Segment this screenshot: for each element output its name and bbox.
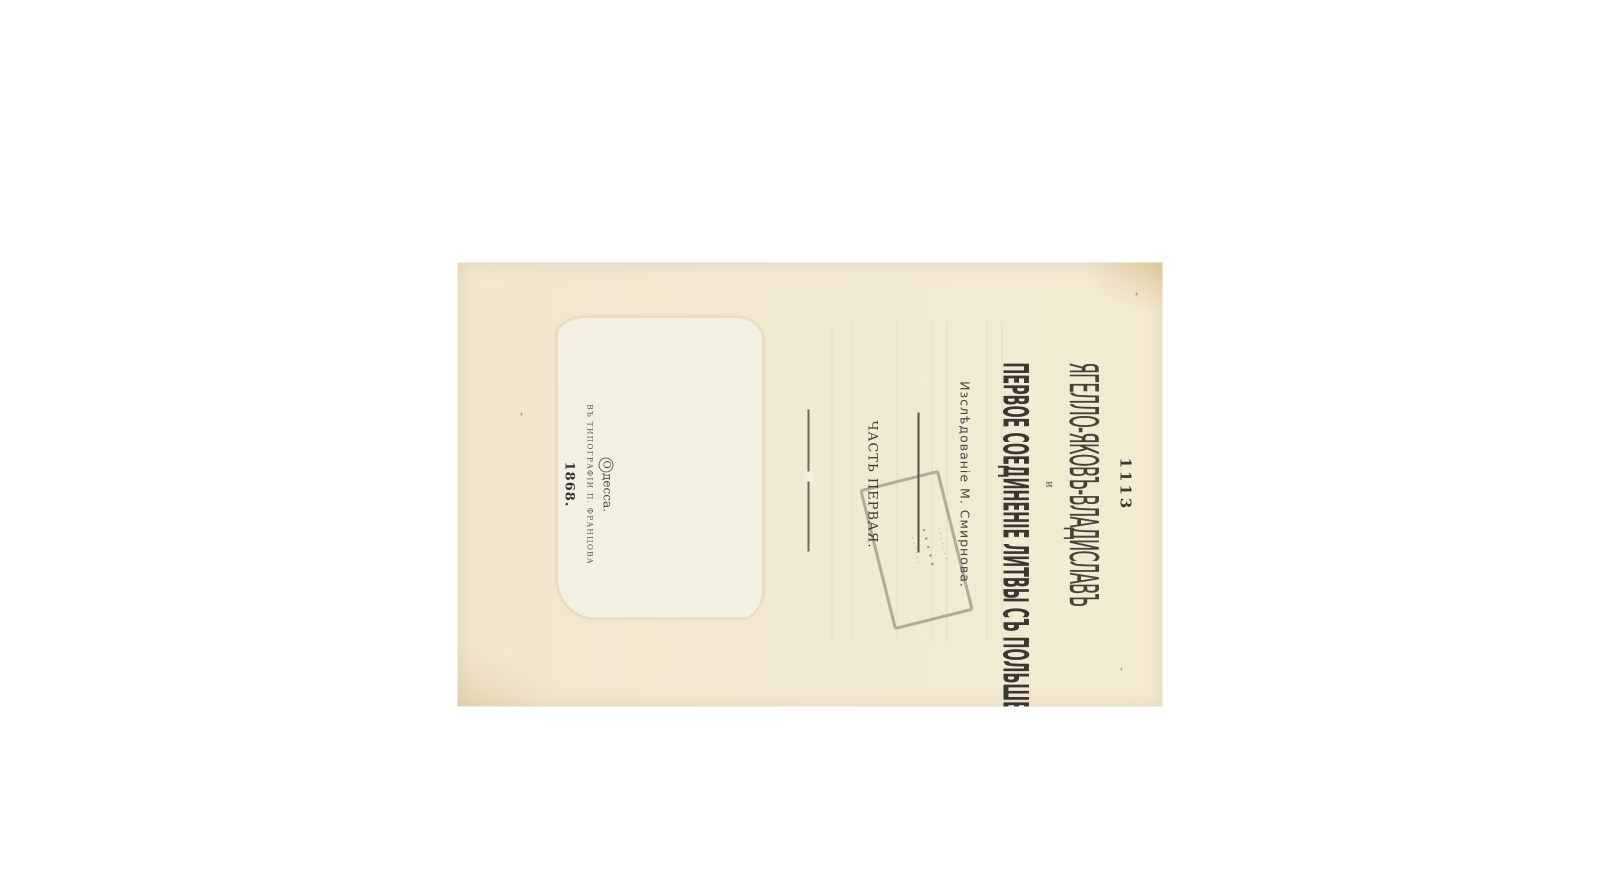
author-line: Изслѣдованіе М. Смирнова. xyxy=(957,262,972,706)
paper-speck xyxy=(520,412,522,415)
part-heading: ЧАСТЬ ПЕРВАЯ. xyxy=(864,262,879,706)
viewer-canvas: 1113 ЯГЕЛЛО-ЯКОВЪ-ВЛАДИСЛАВЪ и ПЕРВОЕ СО… xyxy=(0,0,1600,886)
title-conjunction: и xyxy=(1043,262,1054,706)
title-line-1: ЯГЕЛЛО-ЯКОВЪ-ВЛАДИСЛАВЪ xyxy=(1060,346,1106,621)
title-line-2: ПЕРВОЕ СОЕДИНЕНІЕ ЛИТВЫ СЪ ПОЛЬШЕЮ. xyxy=(994,362,1035,606)
imprint-place-text: десса. xyxy=(600,473,614,512)
decorated-initial: О xyxy=(598,457,613,472)
imprint-year: 1868. xyxy=(561,262,576,706)
bleed-through-line xyxy=(851,322,852,642)
paper-speck xyxy=(1120,667,1122,670)
imprint-place: Одесса. xyxy=(598,262,614,706)
paper-speck xyxy=(1135,292,1137,295)
bleed-through-line xyxy=(986,322,987,642)
ornament-break xyxy=(804,471,812,481)
imprint-press: ВЪ ТИПОГРАФІИ П. ФРАНЦОВА xyxy=(585,262,594,706)
bleed-through-line xyxy=(831,322,832,642)
catalog-number: 1113 xyxy=(1116,262,1134,706)
title-page: 1113 ЯГЕЛЛО-ЯКОВЪ-ВЛАДИСЛАВЪ и ПЕРВОЕ СО… xyxy=(457,262,1162,706)
